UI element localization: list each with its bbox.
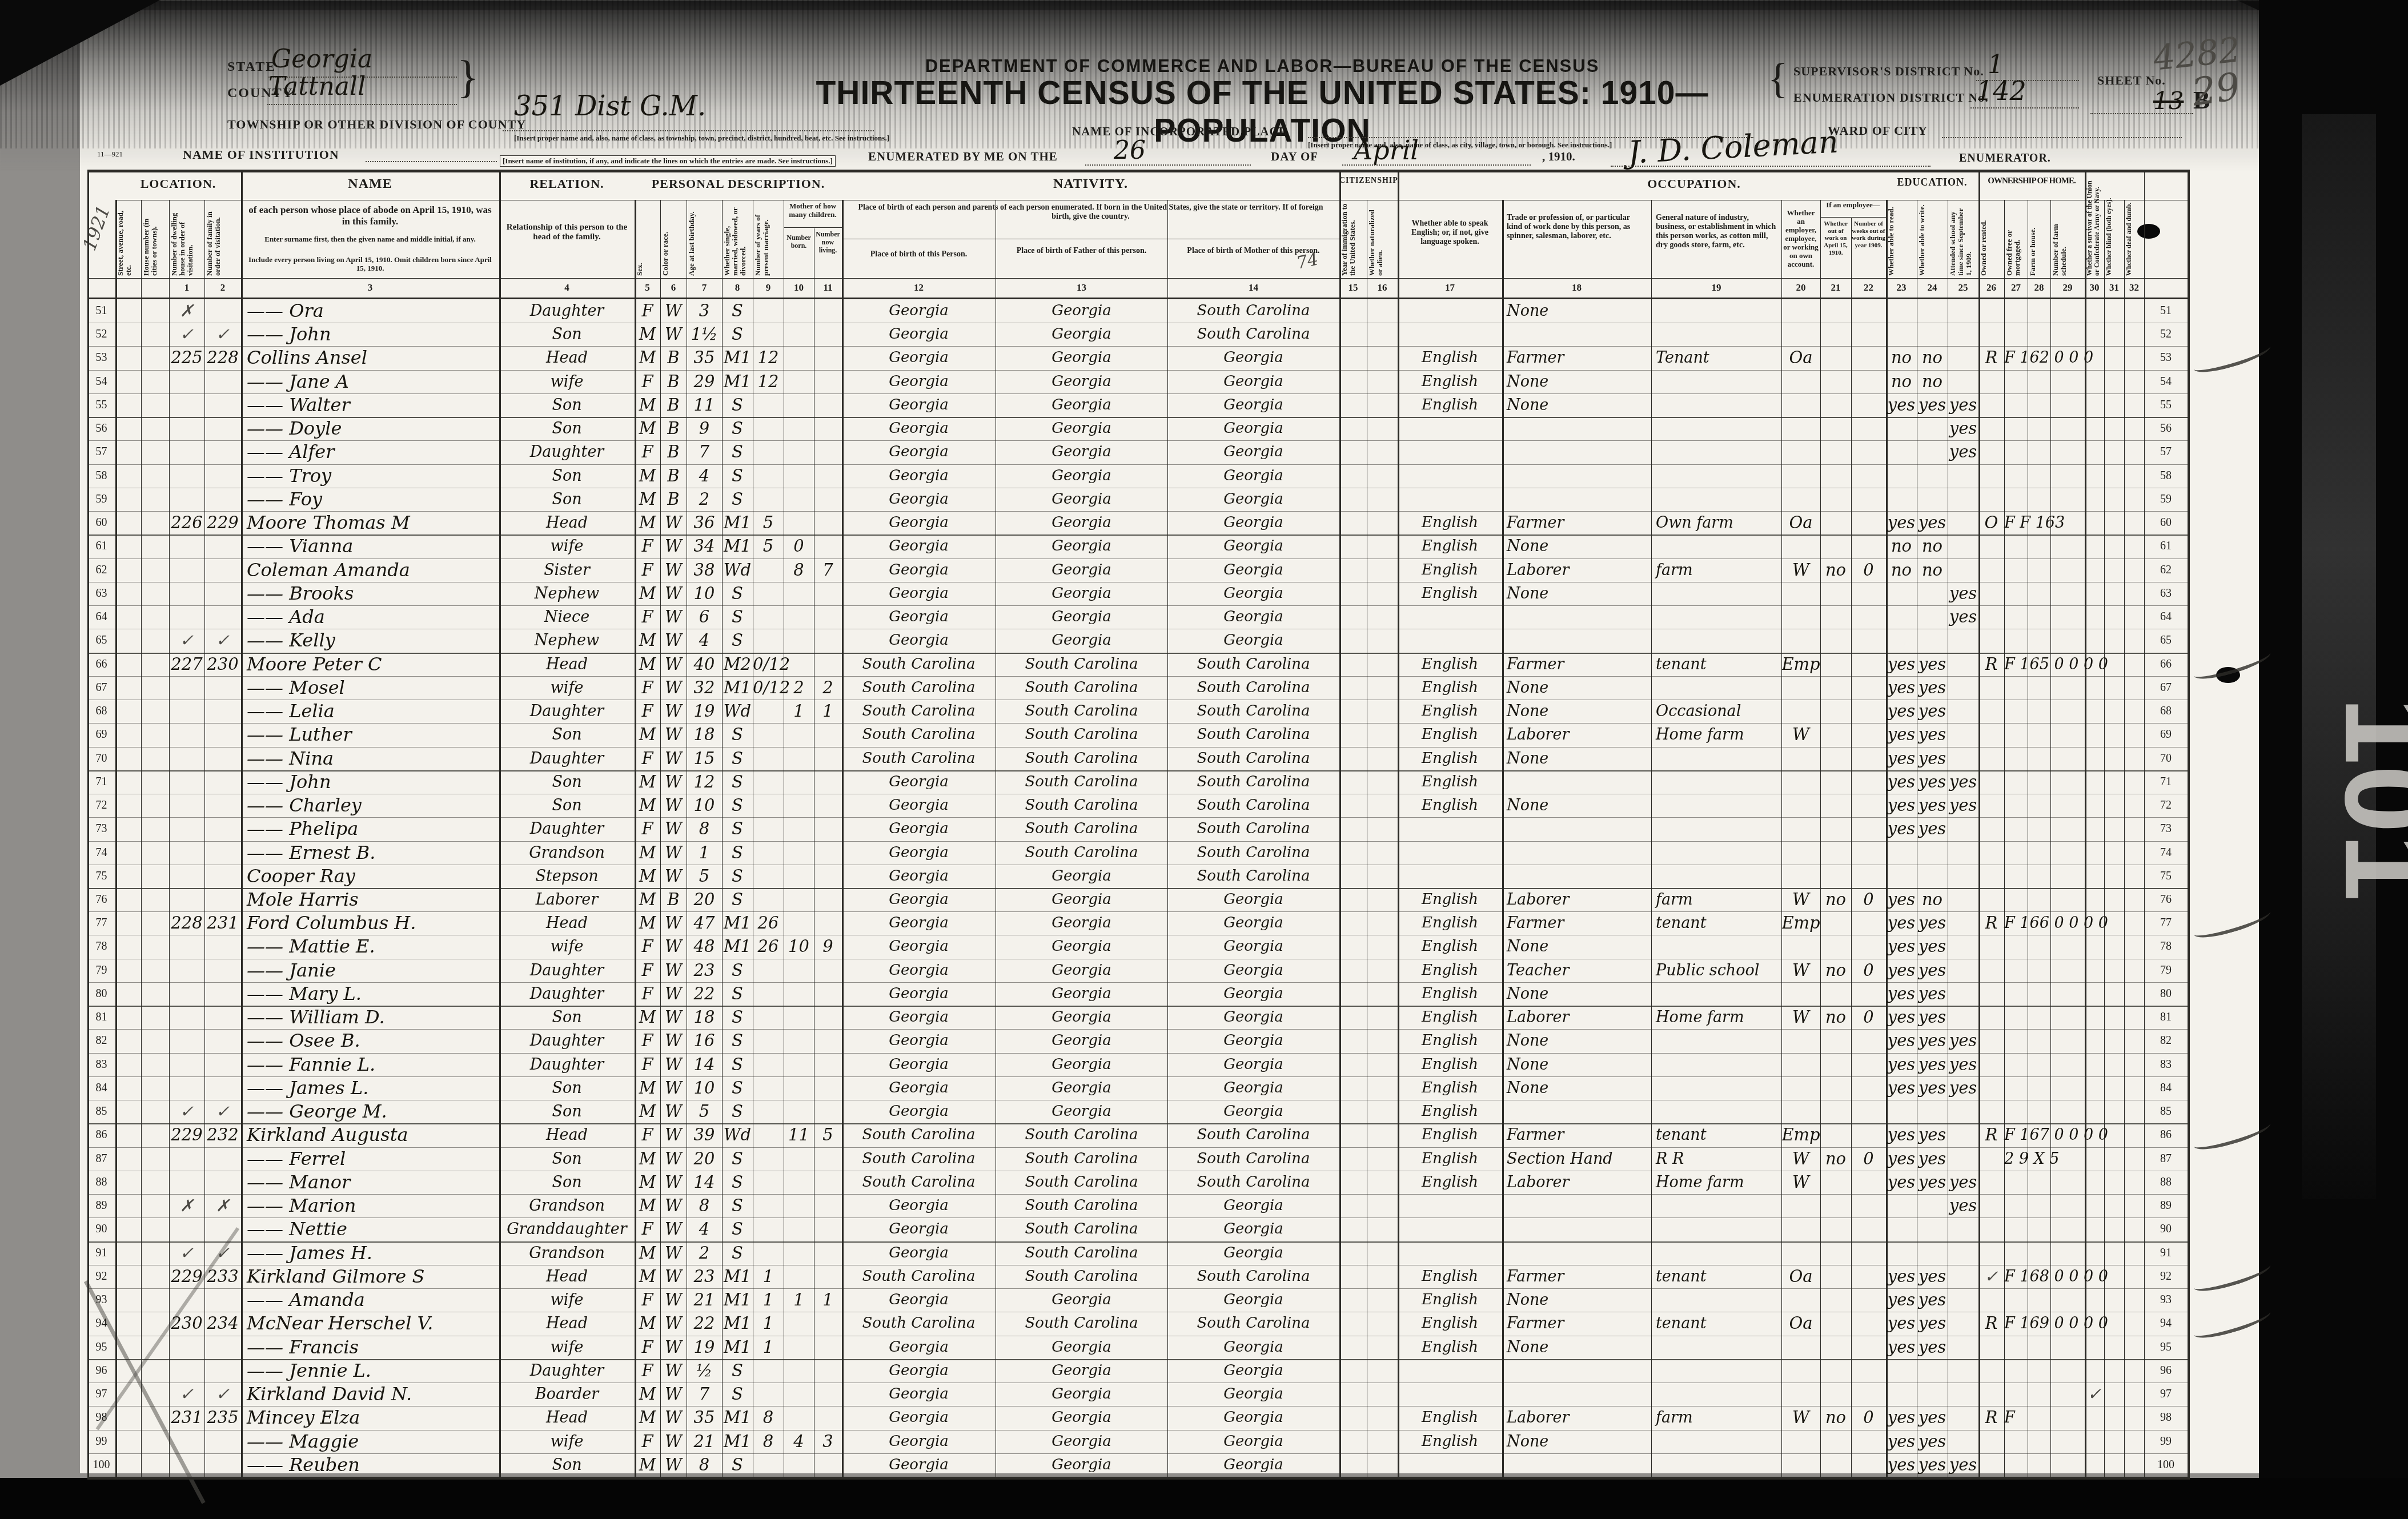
entry-b2-line-89: South Carolina [996, 1196, 1167, 1216]
line-number-left: 98 [87, 1411, 115, 1424]
entry-rd-line-71: yes [1886, 772, 1917, 792]
entry-rd-line-83: yes [1886, 1055, 1917, 1075]
entry-wr-line-87: yes [1917, 1149, 1948, 1169]
entry-sx-line-77: M [635, 913, 660, 933]
entry-b1-line-86: South Carolina [842, 1125, 996, 1145]
entry-ag-line-90: 4 [687, 1219, 722, 1239]
line-number-left: 54 [87, 375, 115, 388]
entry-nm-line-63: —— Brooks [241, 584, 505, 604]
entry-cr-line-91: W [660, 1243, 687, 1263]
entry-sc-line-71: yes [1948, 772, 1978, 792]
line-number-right: 58 [2144, 469, 2188, 483]
entry-rl-line-59: Son [499, 489, 635, 509]
entry-sc-line-72: yes [1948, 795, 1978, 815]
entry-mr-line-98: M1 [722, 1408, 753, 1428]
entry-ag-line-88: 14 [687, 1172, 722, 1192]
entry-en-line-67: English [1398, 678, 1502, 698]
entry-in-line-98: farm [1651, 1408, 1786, 1428]
entry-en-line-66: English [1398, 654, 1502, 674]
entry-ou-line-81: no [1820, 1007, 1851, 1027]
entry-cr-line-79: W [660, 961, 687, 980]
line-number-left: 69 [87, 728, 115, 741]
entry-nm-line-78: —— Mattie E. [241, 937, 505, 957]
entry-wk-line-98: 0 [1851, 1408, 1886, 1428]
entry-hm-line-87: 2 9 X 5 [2004, 1149, 2028, 1169]
entry-b3-line-57: Georgia [1167, 442, 1339, 462]
entry-b1-line-96: Georgia [842, 1361, 996, 1381]
entry-dw-line-85: ✓ [169, 1102, 204, 1122]
entry-b2-line-69: South Carolina [996, 725, 1167, 745]
entry-b2-line-65: Georgia [996, 630, 1167, 650]
entry-nm-line-58: —— Troy [241, 466, 505, 486]
entry-rl-line-91: Grandson [499, 1243, 635, 1263]
entry-b3-line-59: Georgia [1167, 489, 1339, 509]
entry-nm-line-55: —— Walter [241, 395, 505, 415]
nativity-split [842, 239, 1339, 239]
entry-ag-line-89: 8 [687, 1196, 722, 1216]
entry-in-line-77: tenant [1651, 913, 1786, 933]
entry-en-line-53: English [1398, 348, 1502, 368]
entry-b1-line-76: Georgia [842, 890, 996, 910]
entry-rd-line-55: yes [1886, 395, 1917, 415]
entry-sx-line-58: M [635, 466, 660, 486]
entry-ag-line-96: ½ [687, 1361, 722, 1381]
entry-dw-line-53: 225 [169, 348, 204, 368]
column-number-25: 25 [1948, 282, 1978, 294]
out-label: Whether out of work on April 15, 1910. [1820, 220, 1851, 256]
entry-mr-line-55: S [722, 395, 753, 415]
entry-sx-line-82: F [635, 1031, 660, 1051]
entry-hm-line-98: F [2004, 1408, 2028, 1428]
entry-yr-line-53: 12 [753, 348, 784, 368]
entry-fam-line-66: 230 [204, 654, 241, 674]
entry-en-line-81: English [1398, 1007, 1502, 1027]
entry-cr-line-82: W [660, 1031, 687, 1051]
entry-en-line-99: English [1398, 1432, 1502, 1452]
entry-c30-line-97: ✓ [2085, 1384, 2104, 1404]
entry-b1-line-85: Georgia [842, 1102, 996, 1122]
entry-b1-line-90: Georgia [842, 1219, 996, 1239]
entry-wr-line-78: yes [1917, 937, 1948, 957]
entry-ou-line-79: no [1820, 961, 1851, 980]
month-line [1342, 164, 1531, 166]
entry-cr-line-63: W [660, 584, 687, 604]
column-label-c29: Number of farm schedule. [2052, 203, 2084, 276]
entry-b3-line-56: Georgia [1167, 419, 1339, 439]
entry-en-line-93: English [1398, 1290, 1502, 1310]
entry-yr-line-99: 8 [753, 1432, 784, 1452]
occ-desc: Trade or profession of, or particular ki… [1507, 214, 1647, 241]
entry-sx-line-59: M [635, 489, 660, 509]
entry-rd-line-99: yes [1886, 1432, 1917, 1452]
entry-cr-line-60: W [660, 513, 687, 533]
column-label-yr: Number of years of present marriage. [754, 203, 782, 276]
entry-sx-line-75: M [635, 866, 660, 886]
entry-mr-line-67: M1 [722, 678, 753, 698]
column-number-28: 28 [2028, 282, 2050, 294]
entry-b1-line-70: South Carolina [842, 749, 996, 769]
entry-b1-line-79: Georgia [842, 961, 996, 980]
entry-ag-line-71: 12 [687, 772, 722, 792]
entry-nm-line-83: —— Fannie L. [241, 1055, 505, 1075]
entry-sx-line-96: F [635, 1361, 660, 1381]
entry-nm-line-74: —— Ernest B. [241, 843, 505, 863]
entry-b2-line-99: Georgia [996, 1432, 1167, 1452]
entry-rl-line-93: wife [499, 1290, 635, 1310]
column-label-sc: Attended school any time since September… [1949, 203, 1977, 276]
line-number-left: 56 [87, 422, 115, 435]
entry-ow-line-98: R [1978, 1408, 2004, 1428]
entry-rl-line-92: Head [499, 1267, 635, 1287]
column-number-11: 11 [814, 282, 842, 294]
entry-oc-line-95: None [1502, 1337, 1656, 1357]
entry-cl-line-93: 1 [814, 1290, 842, 1310]
entry-sx-line-84: M [635, 1078, 660, 1098]
line-number-left: 87 [87, 1152, 115, 1166]
entry-sx-line-66: M [635, 654, 660, 674]
entry-b2-line-72: South Carolina [996, 795, 1167, 815]
entry-cr-line-94: W [660, 1313, 687, 1333]
entry-cb-line-62: 8 [784, 560, 814, 580]
entry-dw-line-65: ✓ [169, 630, 204, 650]
entry-ou-line-87: no [1820, 1149, 1851, 1169]
column-label-c27: Owned free or mortgaged. [2005, 203, 2026, 276]
entry-cr-line-97: W [660, 1384, 687, 1404]
entry-rl-line-54: wife [499, 372, 635, 392]
entry-wr-line-69: yes [1917, 725, 1948, 745]
entry-sx-line-51: F [635, 301, 660, 321]
entry-sx-line-79: F [635, 961, 660, 980]
column-label-c30: Whether a survivor of the Union or Confe… [2086, 175, 2103, 276]
line-number-left: 79 [87, 964, 115, 977]
entry-wr-line-81: yes [1917, 1007, 1948, 1027]
entry-b2-line-57: Georgia [996, 442, 1167, 462]
entry-sx-line-99: F [635, 1432, 660, 1452]
grid-vline [1339, 172, 1341, 1477]
entry-b1-line-64: Georgia [842, 607, 996, 627]
entry-wr-line-100: yes [1917, 1455, 1948, 1475]
entry-nm-line-61: —— Vianna [241, 536, 505, 556]
entry-sx-line-74: M [635, 843, 660, 863]
enumerated-day: 26 [1114, 136, 1146, 165]
entry-rl-line-83: Daughter [499, 1055, 635, 1075]
line-number-right: 97 [2144, 1388, 2188, 1401]
line-number-right: 96 [2144, 1364, 2188, 1377]
mother-desc: Mother of how many children. [784, 202, 842, 219]
line-number-left: 62 [87, 564, 115, 577]
entry-rd-line-92: yes [1886, 1267, 1917, 1287]
entry-b3-line-88: South Carolina [1167, 1172, 1339, 1192]
entry-cr-line-89: W [660, 1196, 687, 1216]
entry-wr-line-84: yes [1917, 1078, 1948, 1098]
entry-rd-line-54: no [1886, 372, 1917, 392]
entry-cs-line-94: Oa [1781, 1313, 1820, 1333]
entry-b2-line-84: Georgia [996, 1078, 1167, 1098]
entry-b1-line-84: Georgia [842, 1078, 996, 1098]
entry-mr-line-54: M1 [722, 372, 753, 392]
entry-nm-line-95: —— Francis [241, 1337, 505, 1357]
line-number-left: 94 [87, 1317, 115, 1330]
entry-nm-line-98: Mincey Elza [241, 1408, 505, 1428]
column-label-house: House number (in cities or towns). [142, 203, 168, 276]
line-number-left: 93 [87, 1293, 115, 1307]
entry-nm-line-85: —— George M. [241, 1102, 505, 1122]
group-header-ownership: OWNERSHIP OF HOME. [1978, 176, 2085, 186]
entry-nm-line-81: —— William D. [241, 1007, 505, 1027]
entry-cr-line-64: W [660, 607, 687, 627]
line-number-right: 86 [2144, 1128, 2188, 1142]
header-brace: } [457, 51, 479, 103]
entry-cl-line-62: 7 [814, 560, 842, 580]
entry-nm-line-68: —— Lelia [241, 701, 505, 721]
entry-cr-line-56: B [660, 419, 687, 439]
entry-b1-line-55: Georgia [842, 395, 996, 415]
column-number-32: 32 [2124, 282, 2144, 294]
entry-en-line-98: English [1398, 1408, 1502, 1428]
entry-mr-line-58: S [722, 466, 753, 486]
line-number-right: 77 [2144, 917, 2188, 930]
entry-ag-line-86: 39 [687, 1125, 722, 1145]
entry-cr-line-51: W [660, 301, 687, 321]
grid-row-line [87, 1006, 2188, 1007]
grid-vline-right [2188, 172, 2190, 1477]
ward-line [1942, 137, 2182, 138]
entry-b1-line-100: Georgia [842, 1455, 996, 1475]
column-label-fam: Number of family in order of visitation. [206, 203, 240, 276]
enum-district-line [1970, 107, 2079, 108]
entry-ag-line-81: 18 [687, 1007, 722, 1027]
entry-oc-line-70: None [1502, 749, 1656, 769]
entry-b3-line-77: Georgia [1167, 913, 1339, 933]
entry-rl-line-55: Son [499, 395, 635, 415]
entry-cr-line-87: W [660, 1149, 687, 1169]
entry-nm-line-93: —— Amanda [241, 1290, 505, 1310]
entry-cr-line-74: W [660, 843, 687, 863]
entry-en-line-71: English [1398, 772, 1502, 792]
entry-en-line-84: English [1398, 1078, 1502, 1098]
entry-en-line-95: English [1398, 1337, 1502, 1357]
entry-wr-line-53: no [1917, 348, 1948, 368]
entry-wk-line-87: 0 [1851, 1149, 1886, 1169]
entry-cs-line-92: Oa [1781, 1267, 1820, 1287]
entry-rl-line-86: Head [499, 1125, 635, 1145]
entry-b2-line-59: Georgia [996, 489, 1167, 509]
entry-b3-line-71: South Carolina [1167, 772, 1339, 792]
entry-sc-line-84: yes [1948, 1078, 1978, 1098]
b2-label: Place of birth of Father of this person. [996, 247, 1167, 256]
entry-mr-line-71: S [722, 772, 753, 792]
entry-ag-line-94: 22 [687, 1313, 722, 1333]
entry-oc-line-80: None [1502, 984, 1656, 1004]
entry-ag-line-72: 10 [687, 795, 722, 815]
grid-row-line [87, 817, 2188, 818]
line-number-right: 57 [2144, 445, 2188, 459]
entry-cs-line-53: Oa [1781, 348, 1820, 368]
line-number-left: 57 [87, 445, 115, 459]
entry-cr-line-98: W [660, 1408, 687, 1428]
entry-rl-line-69: Son [499, 725, 635, 745]
grid-vline [115, 200, 117, 1477]
entry-rl-line-80: Daughter [499, 984, 635, 1004]
entry-rl-line-98: Head [499, 1408, 635, 1428]
entry-ag-line-93: 21 [687, 1290, 722, 1310]
entry-cl-line-86: 5 [814, 1125, 842, 1145]
entry-ag-line-78: 48 [687, 937, 722, 957]
entry-in-line-86: tenant [1651, 1125, 1786, 1145]
entry-nm-line-92: Kirkland Gilmore S [241, 1267, 505, 1287]
line-number-left: 66 [87, 658, 115, 671]
entry-mr-line-88: S [722, 1172, 753, 1192]
entry-b2-line-96: Georgia [996, 1361, 1167, 1381]
entry-nm-line-60: Moore Thomas M [241, 513, 505, 533]
entry-ag-line-76: 20 [687, 890, 722, 910]
line-number-right: 85 [2144, 1105, 2188, 1118]
grid-row-line [87, 747, 2188, 748]
line-number-left: 53 [87, 351, 115, 364]
entry-b1-line-56: Georgia [842, 419, 996, 439]
entry-b2-line-64: Georgia [996, 607, 1167, 627]
entry-ow-line-60: O [1978, 513, 2004, 533]
entry-cs-line-60: Oa [1781, 513, 1820, 533]
entry-mr-line-84: S [722, 1078, 753, 1098]
entry-mr-line-69: S [722, 725, 753, 745]
entry-b2-line-83: Georgia [996, 1055, 1167, 1075]
entry-nm-line-87: —— Ferrel [241, 1149, 505, 1169]
grid-row-line [87, 653, 2188, 654]
incorporated-label: NAME OF INCORPORATED PLACE [1072, 124, 1287, 139]
column-number-3: 3 [241, 282, 499, 294]
entry-yr-line-78: 26 [753, 937, 784, 957]
entry-b3-line-100: Georgia [1167, 1455, 1339, 1475]
entry-wr-line-72: yes [1917, 795, 1948, 815]
township-value: 351 Dist G.M. [514, 90, 706, 122]
entry-cr-line-93: W [660, 1290, 687, 1310]
entry-in-line-76: farm [1651, 890, 1786, 910]
entry-mr-line-70: S [722, 749, 753, 769]
entry-sc-line-88: yes [1948, 1172, 1978, 1192]
entry-sx-line-95: F [635, 1337, 660, 1357]
entry-cs-line-79: W [1781, 961, 1820, 980]
entry-hm-line-86: F 167 0 0 0 0 [2004, 1125, 2028, 1145]
entry-rd-line-100: yes [1886, 1455, 1917, 1475]
grid-vline [1948, 200, 1948, 1477]
entry-ag-line-100: 8 [687, 1455, 722, 1475]
entry-wr-line-71: yes [1917, 772, 1948, 792]
entry-b2-line-60: Georgia [996, 513, 1167, 533]
entry-cr-line-68: W [660, 701, 687, 721]
entry-fam-line-53: 228 [204, 348, 241, 368]
entry-wr-line-88: yes [1917, 1172, 1948, 1192]
entry-ag-line-95: 19 [687, 1337, 722, 1357]
entry-cl-line-67: 2 [814, 678, 842, 698]
entry-oc-line-94: Farmer [1502, 1313, 1656, 1333]
entry-en-line-92: English [1398, 1267, 1502, 1287]
grid-row-line [87, 1147, 2188, 1148]
line-number-left: 58 [87, 469, 115, 483]
entry-ag-line-92: 23 [687, 1267, 722, 1287]
line-number-left: 86 [87, 1128, 115, 1142]
line-number-right: 68 [2144, 705, 2188, 718]
entry-rd-line-72: yes [1886, 795, 1917, 815]
entry-nm-line-89: —— Marion [241, 1196, 505, 1216]
entry-nm-line-57: —— Alfer [241, 442, 505, 462]
column-label-dw: Number of dwelling house in order of vis… [170, 203, 203, 276]
entry-cs-line-76: W [1781, 890, 1820, 910]
entry-sx-line-72: M [635, 795, 660, 815]
entry-dw-line-97: ✓ [169, 1384, 204, 1404]
entry-b3-line-92: South Carolina [1167, 1267, 1339, 1287]
entry-oc-line-54: None [1502, 372, 1656, 392]
entry-cb-line-93: 1 [784, 1290, 814, 1310]
entry-nm-line-96: —— Jennie L. [241, 1361, 505, 1381]
entry-cb-line-99: 4 [784, 1432, 814, 1452]
column-number-6: 6 [660, 282, 687, 294]
entry-b2-line-62: Georgia [996, 560, 1167, 580]
entry-yr-line-95: 1 [753, 1337, 784, 1357]
entry-rd-line-53: no [1886, 348, 1917, 368]
entry-en-line-85: English [1398, 1102, 1502, 1122]
line-number-left: 77 [87, 917, 115, 930]
entry-rd-line-73: yes [1886, 819, 1917, 839]
b3-label: Place of birth of Mother of this person. [1167, 247, 1339, 256]
line-number-right: 74 [2144, 846, 2188, 859]
entry-oc-line-83: None [1502, 1055, 1656, 1075]
county-value: Tattnall [268, 72, 366, 101]
entry-b1-line-88: South Carolina [842, 1172, 996, 1192]
line-number-left: 90 [87, 1223, 115, 1236]
line-number-left: 83 [87, 1058, 115, 1071]
entry-b1-line-89: Georgia [842, 1196, 996, 1216]
entry-dw-line-94: 230 [169, 1313, 204, 1333]
line-number-left: 68 [87, 705, 115, 718]
column-number-4: 4 [499, 282, 635, 294]
entry-ag-line-69: 18 [687, 725, 722, 745]
entry-sx-line-90: F [635, 1219, 660, 1239]
entry-rl-line-71: Son [499, 772, 635, 792]
line-number-right: 60 [2144, 516, 2188, 529]
entry-mr-line-99: M1 [722, 1432, 753, 1452]
line-number-left: 88 [87, 1176, 115, 1189]
entry-sx-line-92: M [635, 1267, 660, 1287]
entry-rl-line-94: Head [499, 1313, 635, 1333]
entry-rl-line-61: wife [499, 536, 635, 556]
entry-b1-line-93: Georgia [842, 1290, 996, 1310]
entry-en-line-61: English [1398, 536, 1502, 556]
entry-b3-line-69: South Carolina [1167, 725, 1339, 745]
line-number-right: 59 [2144, 493, 2188, 506]
grid-row-line [87, 1359, 2188, 1360]
column-label-c31: Whether blind (both eyes). [2105, 175, 2123, 276]
grid-vline [1820, 200, 1821, 1477]
entry-b3-line-62: Georgia [1167, 560, 1339, 580]
entry-b2-line-81: Georgia [996, 1007, 1167, 1027]
state-value: Georgia [271, 45, 372, 74]
entry-hm-line-66: F 165 0 0 0 0 [2004, 654, 2028, 674]
entry-sx-line-80: F [635, 984, 660, 1004]
column-number-27: 27 [2004, 282, 2028, 294]
entry-rd-line-67: yes [1886, 678, 1917, 698]
entry-rl-line-65: Nephew [499, 630, 635, 650]
employee-split [1820, 217, 1886, 218]
column-number-26: 26 [1978, 282, 2004, 294]
entry-b1-line-75: Georgia [842, 866, 996, 886]
entry-b1-line-62: Georgia [842, 560, 996, 580]
entry-b1-line-82: Georgia [842, 1031, 996, 1051]
entry-sx-line-64: F [635, 607, 660, 627]
entry-en-line-62: English [1398, 560, 1502, 580]
grid-vline [784, 200, 784, 1477]
entry-nm-line-91: —— James H. [241, 1243, 505, 1263]
